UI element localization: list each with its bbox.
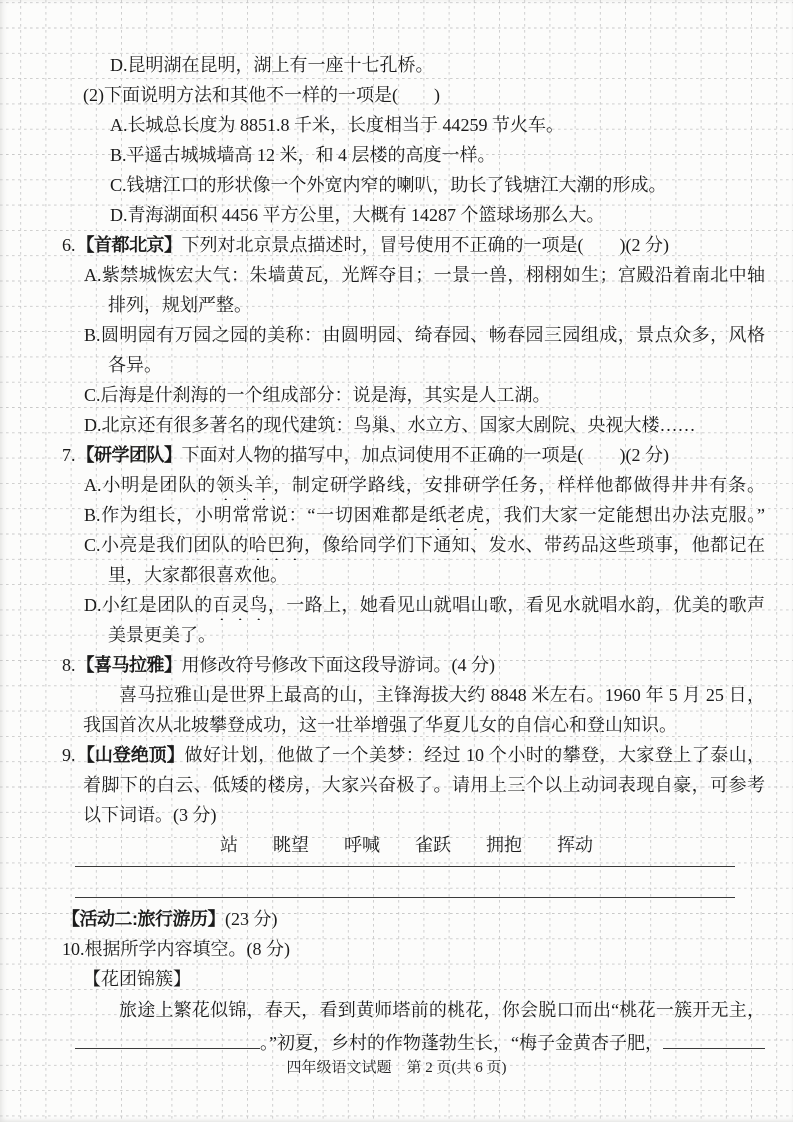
q6-stem-line: 6.【首都北京】下列对北京景点描述时，冒号使用不正确的一项是( )(2 分) [62,230,765,260]
word-item: 挥动 [557,835,593,855]
q7-option-d-line2: 美景更美了。 [108,620,765,650]
q6-option-b-line2: 各异。 [108,350,765,380]
section2-score: (23 分) [225,909,278,929]
word-item: 眺望 [273,835,309,855]
q6-number: 6. [62,235,76,255]
q9-stem-text-line2: 着脚下的白云、低矮的楼房，大家兴奋极了。请用上三个以上动词表现自豪，可参考 [83,770,765,800]
word-item: 拥抱 [486,835,522,855]
q5-sub2-option-a: A.长城总长度为 8851.8 千米，长度相当于 44259 节火车。 [110,110,765,140]
q8-topic-tag: 【喜马拉雅】 [77,655,182,675]
q7-topic-tag: 【研学团队】 [77,445,182,465]
section2-tag: 【活动二:旅行游历】 [62,909,225,929]
q7-option-b-pre: B.作为组长，小明常常说：“一切困难都是 [84,505,429,525]
q6-option-c: C.后海是什刹海的一个组成部分：说是海，其实是人工湖。 [84,380,765,410]
q9-number: 9. [62,745,76,765]
q7-option-a-post: ，制定研学路线，安排研学任务，样样他都做得井井有条。 [273,475,765,495]
q5-sub2-option-d: D.青海湖面积 4456 平方公里，大概有 14287 个篮球场那么大。 [110,200,765,230]
q9-stem-line: 9.【山登绝顶】做好计划，他做了一个美梦：经过 10 个小时的攀登，大家登上了泰… [62,740,765,770]
q7-option-a-emphasized-word: 领头羊 [216,475,273,495]
q5-sub2-option-b: B.平遥古城城墙高 12 米，和 4 层楼的高度一样。 [110,140,765,170]
q7-option-b: B.作为组长，小明常常说：“一切困难都是纸老虎，我们大家一定能想出办法克服。” [84,500,765,530]
fill-blank [663,1026,765,1049]
q7-option-d-emphasized-word: 百灵鸟 [213,595,268,615]
q10-passage-line2-text: 。”初夏，乡村的作物蓬勃生长，“梅子金黄杏子肥， [260,1033,663,1053]
q7-option-a: A.小明是团队的领头羊，制定研学路线，安排研学任务，样样他都做得井井有条。 [84,470,765,500]
q7-option-c-emphasized-word: 哈巴狗 [249,535,304,555]
q7-number: 7. [62,445,76,465]
section2-header: 【活动二:旅行游历】(23 分) [62,904,765,934]
q6-option-b-line1: B.圆明园有万园之园的美称：由圆明园、绮春园、畅春园三园组成，景点众多，风格 [84,320,765,350]
exam-content: D.昆明湖在昆明，湖上有一座十七孔桥。 (2)下面说明方法和其他不一样的一项是(… [62,50,765,1058]
q7-stem-line: 7.【研学团队】下面对人物的描写中，加点词使用不正确的一项是( )(2 分) [62,440,765,470]
q6-stem-text: 下列对北京景点描述时，冒号使用不正确的一项是( )(2 分) [182,235,669,255]
page-footer: 四年级语文试题 第 2 页(共 6 页) [0,1056,793,1077]
q10-stem: 10.根据所学内容填空。(8 分) [62,934,765,964]
word-item: 站 [220,835,238,855]
q9-topic-tag: 【山登绝顶】 [77,745,185,765]
fill-blank [75,1026,260,1049]
word-item: 雀跃 [415,835,451,855]
q6-option-a-line1: A.紫禁城恢宏大气：朱墙黄瓦，光辉夺目；一景一兽，栩栩如生；宫殿沿着南北中轴线 [84,260,765,290]
q8-stem-text: 用修改符号修改下面这段导游词。(4 分) [182,655,496,675]
q7-option-c-line2: 里，大家都很喜欢他。 [108,560,765,590]
q9-answer-line-1 [75,866,735,867]
exam-page: D.昆明湖在昆明，湖上有一座十七孔桥。 (2)下面说明方法和其他不一样的一项是(… [0,0,793,1122]
word-item: 呼喊 [344,835,380,855]
q7-option-d-line1: D.小红是团队的百灵鸟，一路上，她看见山就唱山歌，看见水就唱水韵，优美的歌声让 [84,590,765,620]
q7-option-a-pre: A.小明是团队的 [84,475,216,495]
q7-stem-text: 下面对人物的描写中，加点词使用不正确的一项是( )(2 分) [182,445,669,465]
q10-passage-line2: 。”初夏，乡村的作物蓬勃生长，“梅子金黄杏子肥， [75,1026,765,1058]
q9-word-bank: 站眺望呼喊雀跃拥抱挥动 [220,830,765,860]
q8-stem-line: 8.【喜马拉雅】用修改符号修改下面这段导游词。(4 分) [62,650,765,680]
q8-passage-line1: 喜马拉雅山是世界上最高的山，主锋海拔大约 8848 米左右。1960 年 5 月… [119,680,765,710]
q5-option-d: D.昆明湖在昆明，湖上有一座十七孔桥。 [110,50,765,80]
q7-option-b-emphasized-word: 纸老虎 [429,505,485,525]
q7-option-d-pre: D.小红是团队的 [84,595,213,615]
q6-topic-tag: 【首都北京】 [77,235,182,255]
q8-number: 8. [62,655,76,675]
q5-sub2-stem: (2)下面说明方法和其他不一样的一项是( ) [83,80,765,110]
q10-subtag: 【花团锦簇】 [83,964,765,994]
q6-option-d: D.北京还有很多著名的现代建筑：鸟巢、水立方、国家大剧院、央视大楼…… [84,410,765,440]
q10-passage-line1: 旅途上繁花似锦，春天，看到黄师塔前的桃花，你会脱口而出“桃花一簇开无主， [119,994,765,1026]
q7-option-b-post: ，我们大家一定能想出办法克服。” [485,505,765,525]
q6-option-a-line2: 排列，规划严整。 [108,290,765,320]
q7-option-c-line1: C.小亮是我们团队的哈巴狗，像给同学们下通知、发水、带药品这些琐事，他都记在心 [84,530,765,560]
q9-stem-text-line3: 以下词语。(3 分) [83,800,765,830]
q7-option-c-pre: C.小亮是我们团队的 [84,535,249,555]
q8-passage-line2: 我国首次从北坡攀登成功，这一壮举增强了华夏儿女的自信心和登山知识。 [83,710,765,740]
q5-sub2-option-c: C.钱塘江口的形状像一个外宽内窄的喇叭，助长了钱塘江大潮的形成。 [110,170,765,200]
q9-answer-line-2 [75,897,735,898]
